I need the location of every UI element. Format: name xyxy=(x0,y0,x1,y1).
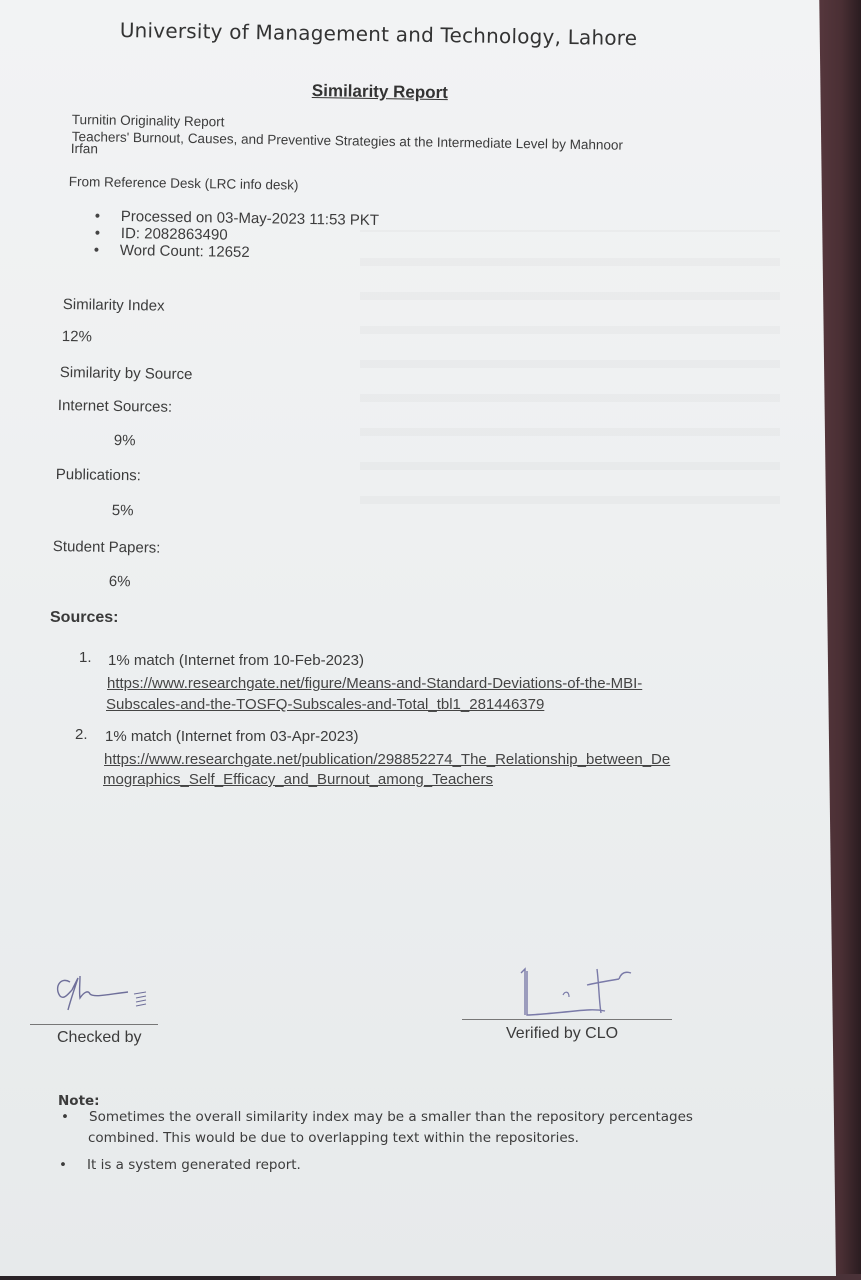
source-link-cont[interactable]: mographics_Self_Efficacy_and_Burnout_amo… xyxy=(103,771,493,788)
note-item: It is a system generated report. xyxy=(87,1157,301,1173)
student-papers-label: Student Papers: xyxy=(53,538,161,557)
similarity-index-value: 12% xyxy=(62,328,92,345)
document-title-cont: Irfan xyxy=(71,141,98,156)
checked-by-line xyxy=(30,1024,158,1025)
report-page: University of Management and Technology,… xyxy=(0,0,836,1276)
publications-value: 5% xyxy=(112,502,134,519)
document-title: Teachers' Burnout, Causes, and Preventiv… xyxy=(72,129,623,153)
note-item-cont: combined. This would be due to overlappi… xyxy=(88,1130,579,1146)
source-number: 1. xyxy=(79,649,92,666)
source-match: 1% match (Internet from 10-Feb-2023) xyxy=(108,652,364,669)
verified-by-signature xyxy=(515,965,645,1020)
word-count: Word Count: 12652 xyxy=(120,242,250,261)
report-title: Similarity Report xyxy=(312,81,448,103)
internet-sources-value: 9% xyxy=(114,432,136,449)
verified-by-line xyxy=(462,1019,672,1020)
submission-source: From Reference Desk (LRC info desk) xyxy=(69,174,299,193)
publications-label: Publications: xyxy=(56,466,141,484)
bleed-through-text xyxy=(360,230,780,530)
source-link-cont[interactable]: Subscales-and-the-TOSFQ-Subscales-and-To… xyxy=(106,696,544,713)
university-name: University of Management and Technology,… xyxy=(120,18,638,50)
report-tool: Turnitin Originality Report xyxy=(72,112,225,129)
checked-by-signature xyxy=(50,968,160,1018)
note-item: Sometimes the overall similarity index m… xyxy=(89,1109,693,1125)
similarity-by-source-label: Similarity by Source xyxy=(60,364,193,383)
source-link[interactable]: https://www.researchgate.net/publication… xyxy=(104,751,670,768)
note-heading: Note: xyxy=(58,1093,100,1109)
submission-id: ID: 2082863490 xyxy=(121,225,228,244)
verified-by-label: Verified by CLO xyxy=(506,1025,618,1043)
source-match: 1% match (Internet from 03-Apr-2023) xyxy=(105,728,358,745)
checked-by-label: Checked by xyxy=(57,1029,142,1047)
source-number: 2. xyxy=(75,726,88,743)
sources-heading: Sources: xyxy=(50,609,118,627)
source-link[interactable]: https://www.researchgate.net/figure/Mean… xyxy=(107,675,642,692)
internet-sources-label: Internet Sources: xyxy=(58,397,172,416)
student-papers-value: 6% xyxy=(109,573,131,590)
similarity-index-label: Similarity Index xyxy=(63,296,165,315)
